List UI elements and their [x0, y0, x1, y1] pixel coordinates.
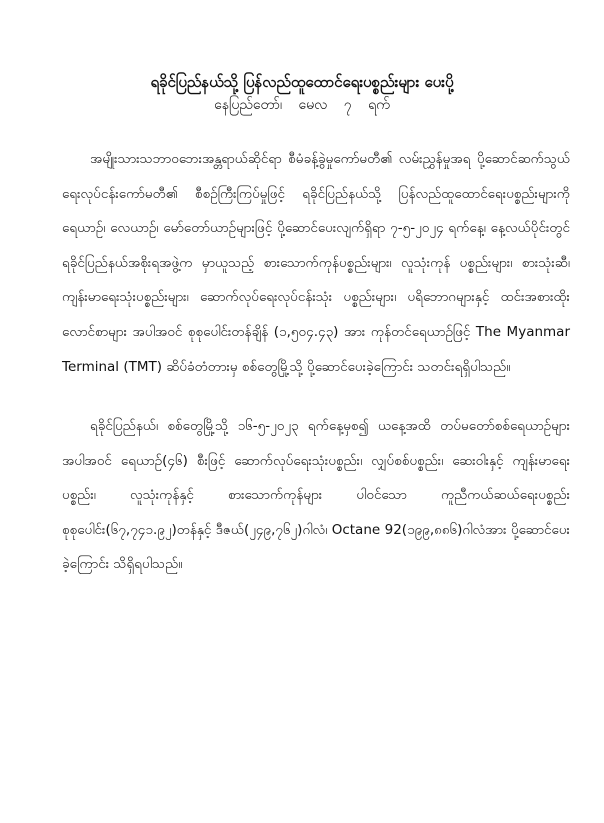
document-title: ရခိုင်ပြည်နယ်သို့ ပြန်လည်ထူထောင်ရေးပစ္စည… [0, 70, 604, 94]
dateline-month: မေလ [299, 94, 328, 116]
body-paragraph-2: ရခိုင်ပြည်နယ်၊ စစ်တွေမြို့သို့ ၁၆-၅-၂၀၂၃… [62, 409, 570, 582]
body-paragraph-1: အမျိုးသားသဘာဝဘေးအန္တရာယ်ဆိုင်ရာ စီမံခန့်… [62, 142, 570, 384]
document-page: ရခိုင်ပြည်နယ်သို့ ပြန်လည်ထူထောင်ရေးပစ္စည… [0, 0, 604, 823]
dateline-suffix: ရက် [368, 94, 390, 116]
dateline: နေပြည်တော်၊ မေလ ၇ ရက် [0, 94, 604, 116]
dateline-place: နေပြည်တော်၊ [214, 94, 282, 116]
dateline-day: ၇ [344, 94, 352, 116]
